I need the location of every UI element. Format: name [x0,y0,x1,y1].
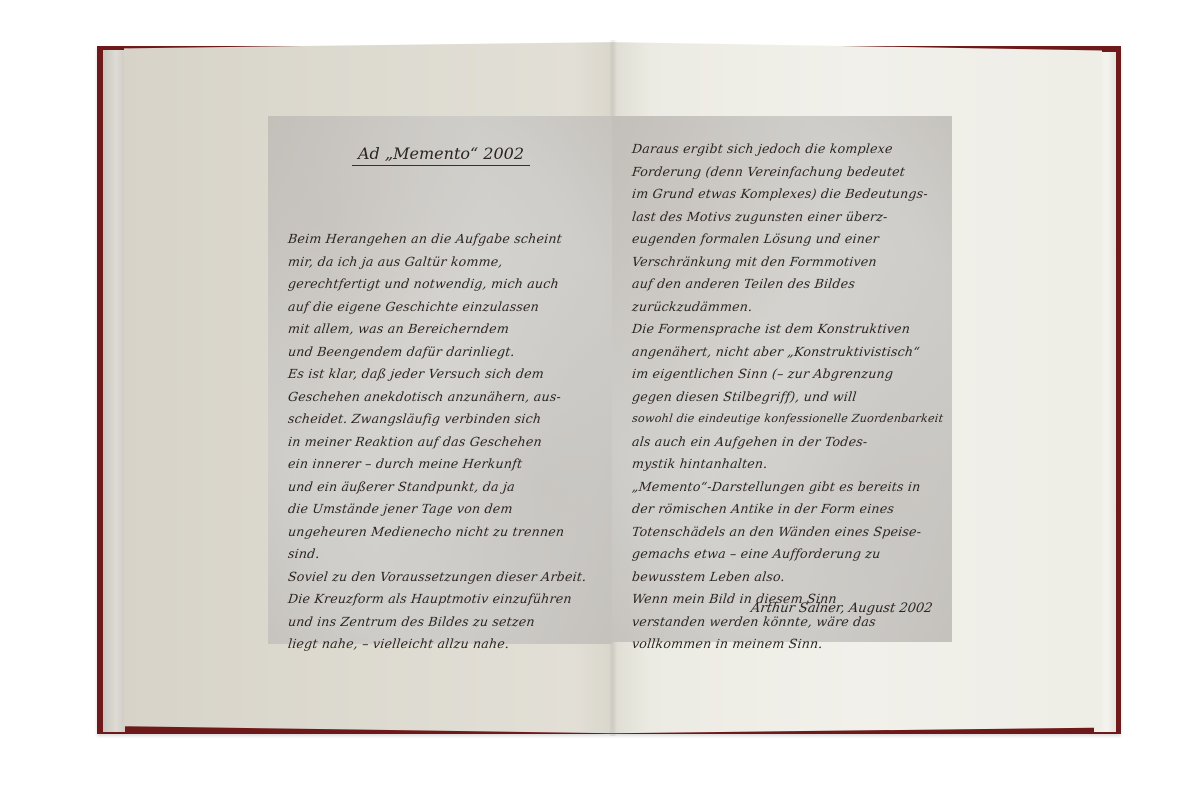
manuscript-line: gegen diesen Stilbegriff), und will [631,386,939,409]
manuscript-line: Daraus ergibt sich jedoch die komplexe [631,138,939,161]
manuscript-line: scheidet. Zwangsläufig verbinden sich [287,408,595,431]
manuscript-line: ungeheuren Medienecho nicht zu trennen [287,521,595,544]
manuscript-line: zurückzudämmen. [631,296,939,319]
manuscript-line: Geschehen anekdotisch anzunähern, aus- [287,386,595,409]
manuscript-line: liegt nahe, – vielleicht allzu nahe. [287,633,595,656]
manuscript-line: Verschränkung mit den Formmotiven [631,251,939,274]
manuscript-line: eugenden formalen Lösung und einer [631,228,939,251]
manuscript-line: mit allem, was an Bereicherndem [287,318,595,341]
manuscript-line: mir, da ich ja aus Galtür komme, [287,251,595,274]
manuscript-line: Es ist klar, daß jeder Versuch sich dem [287,363,595,386]
manuscript-line: sowohl die eindeutige konfessionelle Zuo… [631,408,939,431]
manuscript-line: im Grund etwas Komplexes) die Bedeutungs… [631,183,939,206]
manuscript-title-text: Ad „Memento“ 2002 [352,144,530,166]
manuscript-line: Die Formensprache ist dem Konstruktiven [631,318,939,341]
manuscript-line: als auch ein Aufgehen in der Todes- [631,431,939,454]
manuscript-line: „Memento“-Darstellungen gibt es bereits … [631,476,939,499]
manuscript-line: und Beengendem dafür darinliegt. [287,341,595,364]
manuscript-line: gemachs etwa – eine Aufforderung zu [631,543,939,566]
manuscript-scan-right: Daraus ergibt sich jedoch die komplexe F… [612,116,952,642]
manuscript-lines-right: Daraus ergibt sich jedoch die komplexe F… [632,138,938,656]
manuscript-line: sind. [287,543,595,566]
manuscript-line: Forderung (denn Vereinfachung bedeutet [631,161,939,184]
manuscript-line: die Umstände jener Tage von dem [287,498,595,521]
manuscript-line: Beim Herangehen an die Aufgabe scheint [287,228,595,251]
manuscript-line: bewusstem Leben also. [631,566,939,589]
manuscript-line: und ins Zentrum des Bildes zu setzen [287,611,595,634]
manuscript-lines-left: Beim Herangehen an die Aufgabe scheint m… [288,228,594,656]
manuscript-line: vollkommen in meinem Sinn. [631,633,939,656]
manuscript-line: mystik hintanhalten. [631,453,939,476]
manuscript-line: gerechtfertigt und notwendig, mich auch [287,273,595,296]
manuscript-line: in meiner Reaktion auf das Geschehen [287,431,595,454]
manuscript-line: auf den anderen Teilen des Bildes [631,273,939,296]
manuscript-line: Soviel zu den Voraussetzungen dieser Arb… [287,566,595,589]
manuscript-line: auf die eigene Geschichte einzulassen [287,296,595,319]
manuscript-line: angenähert, nicht aber „Konstruktivistis… [631,341,939,364]
book-page-edges-left [103,50,125,732]
author-signature: Arthur Salner, August 2002 [750,601,934,616]
manuscript-line: im eigentlichen Sinn (– zur Abgrenzung [631,363,939,386]
manuscript-line: und ein äußerer Standpunkt, da ja [287,476,595,499]
manuscript-scan-left: Ad „Memento“ 2002 Beim Herangehen an die… [268,116,612,644]
manuscript-line: Totenschädels an den Wänden eines Speise… [631,521,939,544]
manuscript-line: Die Kreuzform als Hauptmotiv einzuführen [287,588,595,611]
manuscript-title: Ad „Memento“ 2002 [288,144,594,166]
manuscript-line: last des Motivs zugunsten einer überz- [631,206,939,229]
manuscript-line: ein innerer – durch meine Herkunft [287,453,595,476]
manuscript-line: der römischen Antike in der Form eines [631,498,939,521]
